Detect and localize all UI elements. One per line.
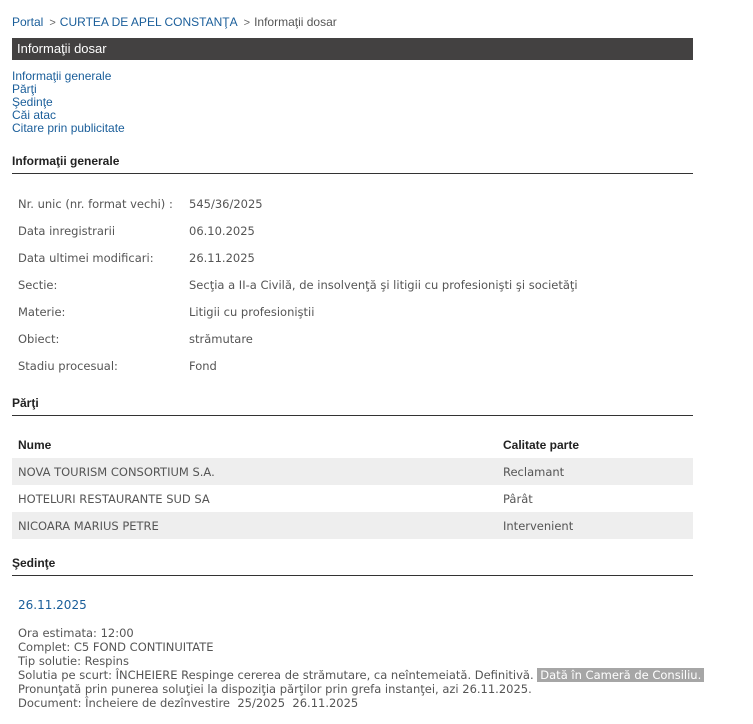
info-row: Sectie:Secţia a II-a Civilă, de insolven… <box>18 278 578 305</box>
info-value: Fond <box>189 359 217 386</box>
info-row: Stadiu procesual:Fond <box>18 359 578 386</box>
table-row: NOVA TOURISM CONSORTIUM S.A. Reclamant <box>12 458 693 485</box>
info-value: 26.11.2025 <box>189 251 255 278</box>
page-title: Informaţii dosar <box>12 38 693 60</box>
table-row: HOTELURI RESTAURANTE SUD SA Pârât <box>12 485 693 512</box>
breadcrumb-separator: > <box>49 17 55 29</box>
party-name: NICOARA MARIUS PETRE <box>12 512 497 539</box>
breadcrumb-separator: > <box>244 17 250 29</box>
info-label: Stadiu procesual: <box>18 359 189 386</box>
info-label: Materie: <box>18 305 189 332</box>
sedinta-document: Document: Încheiere de dezînvestire 25/2… <box>18 696 704 710</box>
toc-link-citare[interactable]: Citare prin publicitate <box>12 122 125 135</box>
info-label: Data ultimei modificari: <box>18 251 189 278</box>
party-role: Pârât <box>497 485 693 512</box>
party-name: HOTELURI RESTAURANTE SUD SA <box>12 485 497 512</box>
info-row: Data ultimei modificari:26.11.2025 <box>18 251 578 278</box>
info-row: Data inregistrarii06.10.2025 <box>18 224 578 251</box>
general-info: Nr. unic (nr. format vechi) :545/36/2025… <box>18 197 578 386</box>
info-row: Materie:Litigii cu profesioniştii <box>18 305 578 332</box>
info-value: 545/36/2025 <box>189 197 263 224</box>
party-role: Reclamant <box>497 458 693 485</box>
info-label: Obiect: <box>18 332 189 359</box>
solutie-highlight: Dată în Cameră de Consiliu. <box>537 668 704 682</box>
table-of-contents: Informaţii generale Părţi Şedinţe Căi at… <box>12 70 125 135</box>
sedinta-details: Ora estimata: 12:00 Complet: C5 FOND CON… <box>18 626 704 710</box>
column-header-calitate: Calitate parte <box>497 432 693 458</box>
section-heading-parti: Părţi <box>12 396 693 416</box>
info-label: Nr. unic (nr. format vechi) : <box>18 197 189 224</box>
info-value: Litigii cu profesioniştii <box>189 305 314 332</box>
info-value: strămutare <box>189 332 253 359</box>
party-name: NOVA TOURISM CONSORTIUM S.A. <box>12 458 497 485</box>
info-label: Sectie: <box>18 278 189 305</box>
parti-table: Nume Calitate parte NOVA TOURISM CONSORT… <box>12 432 693 539</box>
sedinta-complet: Complet: C5 FOND CONTINUITATE <box>18 640 704 654</box>
info-value: Secţia a II-a Civilă, de insolvenţă şi l… <box>189 278 578 305</box>
table-row: NICOARA MARIUS PETRE Intervenient <box>12 512 693 539</box>
breadcrumb-portal[interactable]: Portal <box>12 15 43 29</box>
breadcrumb: Portal>CURTEA DE APEL CONSTANŢA>Informaţ… <box>12 15 337 29</box>
column-header-nume: Nume <box>12 432 497 458</box>
info-label: Data inregistrarii <box>18 224 189 251</box>
section-heading-sedinte: Şedinţe <box>12 556 693 576</box>
sedinta-solutie: Solutia pe scurt: ÎNCHEIERE Respinge cer… <box>18 668 704 682</box>
info-row: Nr. unic (nr. format vechi) :545/36/2025 <box>18 197 578 224</box>
info-value: 06.10.2025 <box>189 224 255 251</box>
breadcrumb-current: Informaţii dosar <box>254 15 337 29</box>
solutie-text: Solutia pe scurt: ÎNCHEIERE Respinge cer… <box>18 668 534 682</box>
sedinta-date: 26.11.2025 <box>18 598 87 612</box>
breadcrumb-court[interactable]: CURTEA DE APEL CONSTANŢA <box>60 15 238 29</box>
sedinta-ora: Ora estimata: 12:00 <box>18 626 704 640</box>
section-heading-general: Informaţii generale <box>12 154 693 174</box>
sedinta-tip-solutie: Tip solutie: Respins <box>18 654 704 668</box>
sedinta-pronuntata: Pronunţată prin punerea soluţiei la disp… <box>18 682 704 696</box>
info-row: Obiect:strămutare <box>18 332 578 359</box>
party-role: Intervenient <box>497 512 693 539</box>
